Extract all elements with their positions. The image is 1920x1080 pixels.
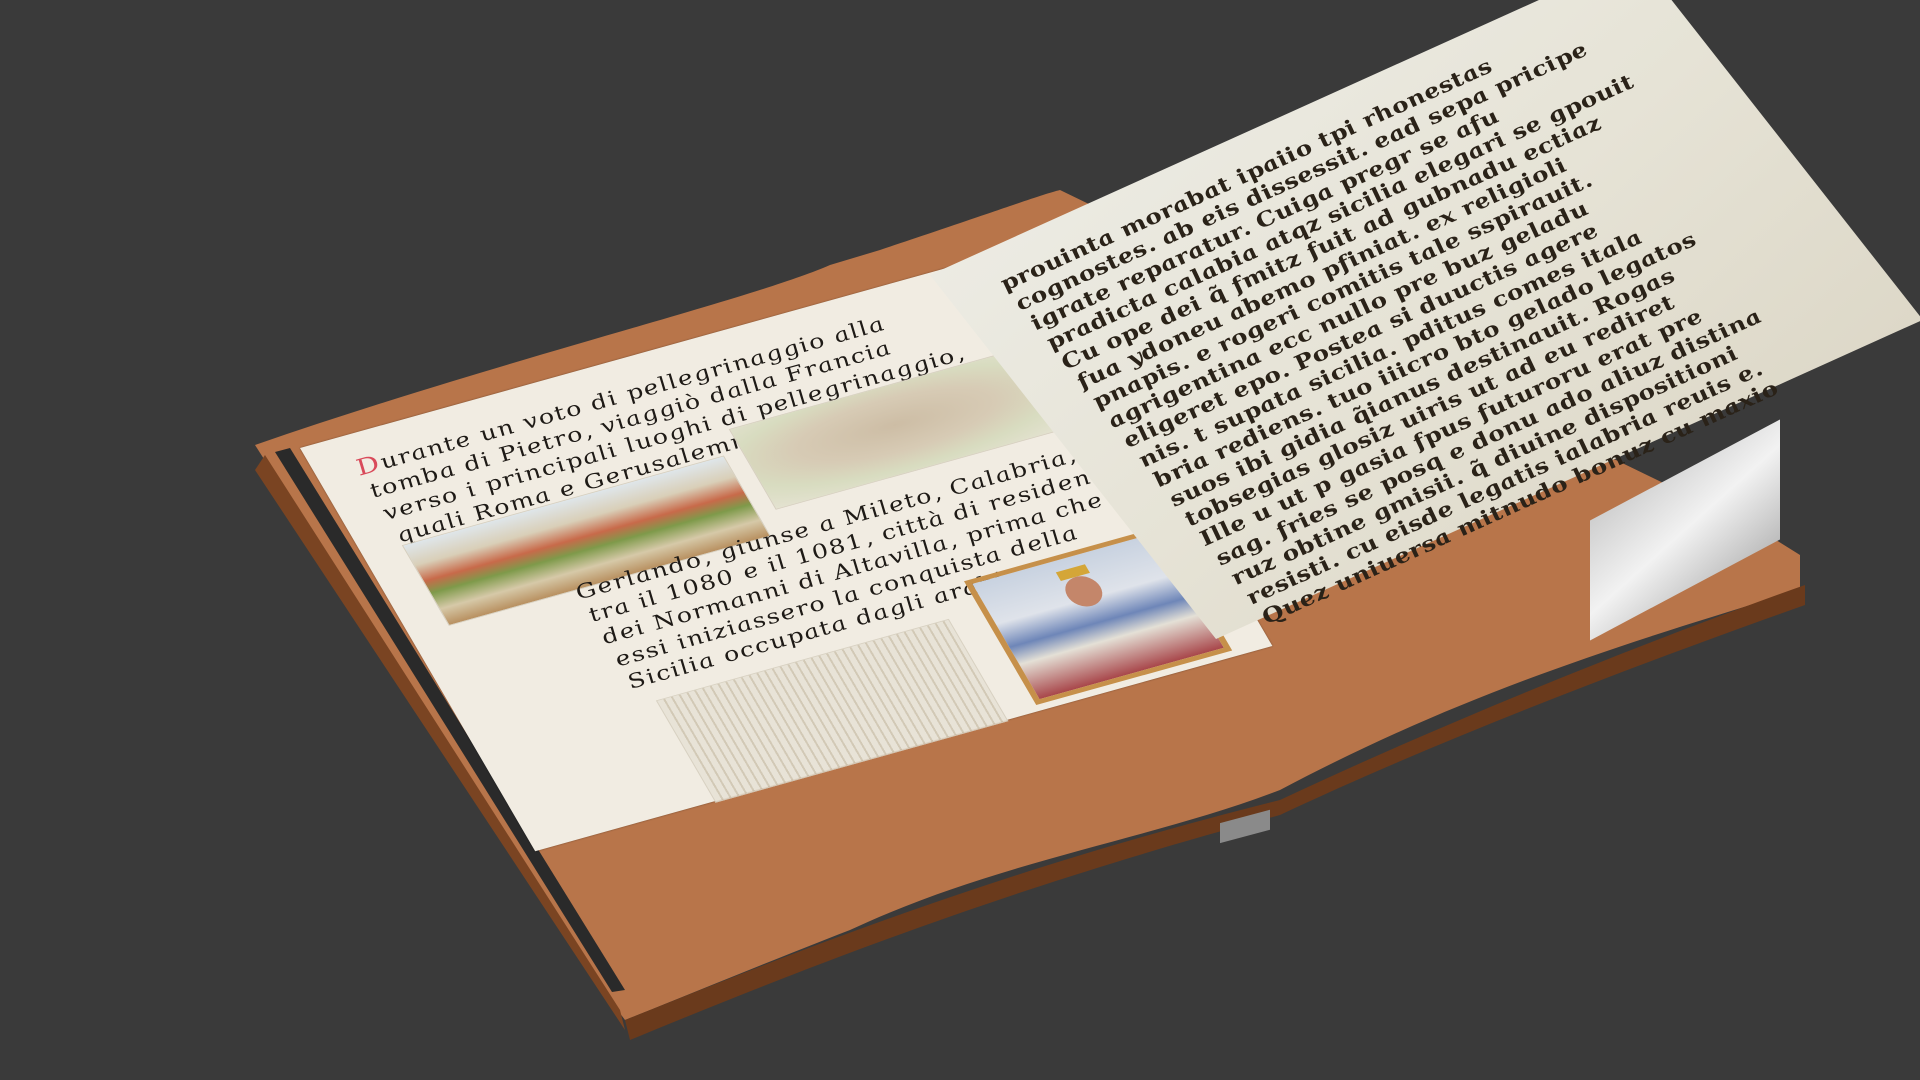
book-viewer-scene: Durante un voto di pellegrinaggio alla t… bbox=[0, 0, 1920, 1080]
